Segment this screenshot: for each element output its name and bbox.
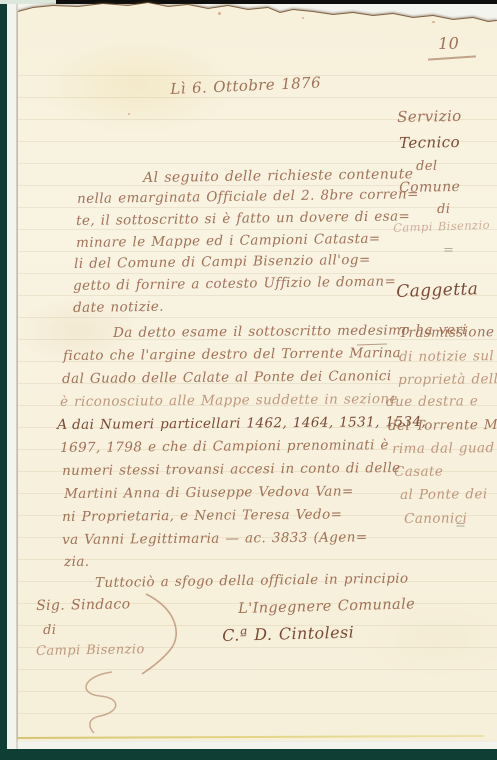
correction-letter: A — [57, 418, 68, 432]
rust-spot — [218, 12, 221, 15]
body-line: Martini Anna di Giuseppe Vedova Van= — [64, 485, 354, 501]
body-line: ni Proprietaria, e Nenci Teresa Vedo= — [62, 509, 342, 525]
margin-line: Tecnico — [399, 135, 460, 151]
flourish-swirl — [72, 668, 128, 736]
body-line-cut: al Ponte dei — [400, 488, 488, 502]
margin-line: di — [437, 203, 451, 216]
body-line-cut: due destra e — [386, 395, 478, 409]
body-line: numeri stessi trovansi accesi in conto d… — [62, 462, 401, 478]
body-line: date notizie. — [73, 301, 164, 316]
flourish-parenthesis — [138, 592, 184, 678]
page-number: 10 — [438, 36, 459, 52]
body-line: zia. — [64, 556, 89, 570]
body-line: dal Guado delle Calate al Ponte dei Cano… — [62, 370, 392, 386]
addressee-line: Sig. Sindaco — [36, 597, 131, 613]
addressee-line: Campi Bisenzio — [36, 643, 145, 658]
body-line-cut: rima dal guad — [392, 442, 495, 456]
rust-spot — [128, 113, 130, 115]
body-line: ficato che l'argine destro del Torrente … — [63, 347, 401, 363]
margin-ditto-mark: = — [455, 518, 466, 533]
body-line-cut: Trasmissione — [399, 326, 494, 340]
body-line: va Vanni Legittimaria — ac. 3833 (Agen= — [62, 531, 368, 547]
margin-note: Caggetta — [396, 281, 479, 301]
margin-line: del — [416, 160, 438, 173]
body-line: dai Numeri particellari 1462, 1464, 1531… — [72, 416, 426, 433]
rust-spot — [302, 17, 304, 19]
body-line-cut: del Torrente Ma — [388, 419, 497, 434]
rust-spot — [432, 21, 435, 23]
signature-name: C.ª D. Cintolesi — [222, 625, 354, 644]
scanned-document: 10 Lì 6. Ottobre 1876 Servizio Tecnico d… — [0, 0, 497, 760]
margin-ditto-mark: = — [443, 243, 454, 258]
body-line: 1697, 1798 e che di Campioni prenominati… — [60, 439, 389, 455]
addressee-line: di — [43, 624, 57, 637]
body-line: Al seguito delle richieste contenute — [143, 167, 413, 185]
body-line-cut: proprietà dell'a — [398, 373, 497, 387]
body-line-cut: di notizie sul — [399, 350, 494, 364]
body-line-cut: Casate — [394, 466, 443, 480]
margin-line: Servizio — [397, 109, 462, 125]
body-line: è riconosciuto alle Mappe suddette in se… — [60, 393, 398, 409]
